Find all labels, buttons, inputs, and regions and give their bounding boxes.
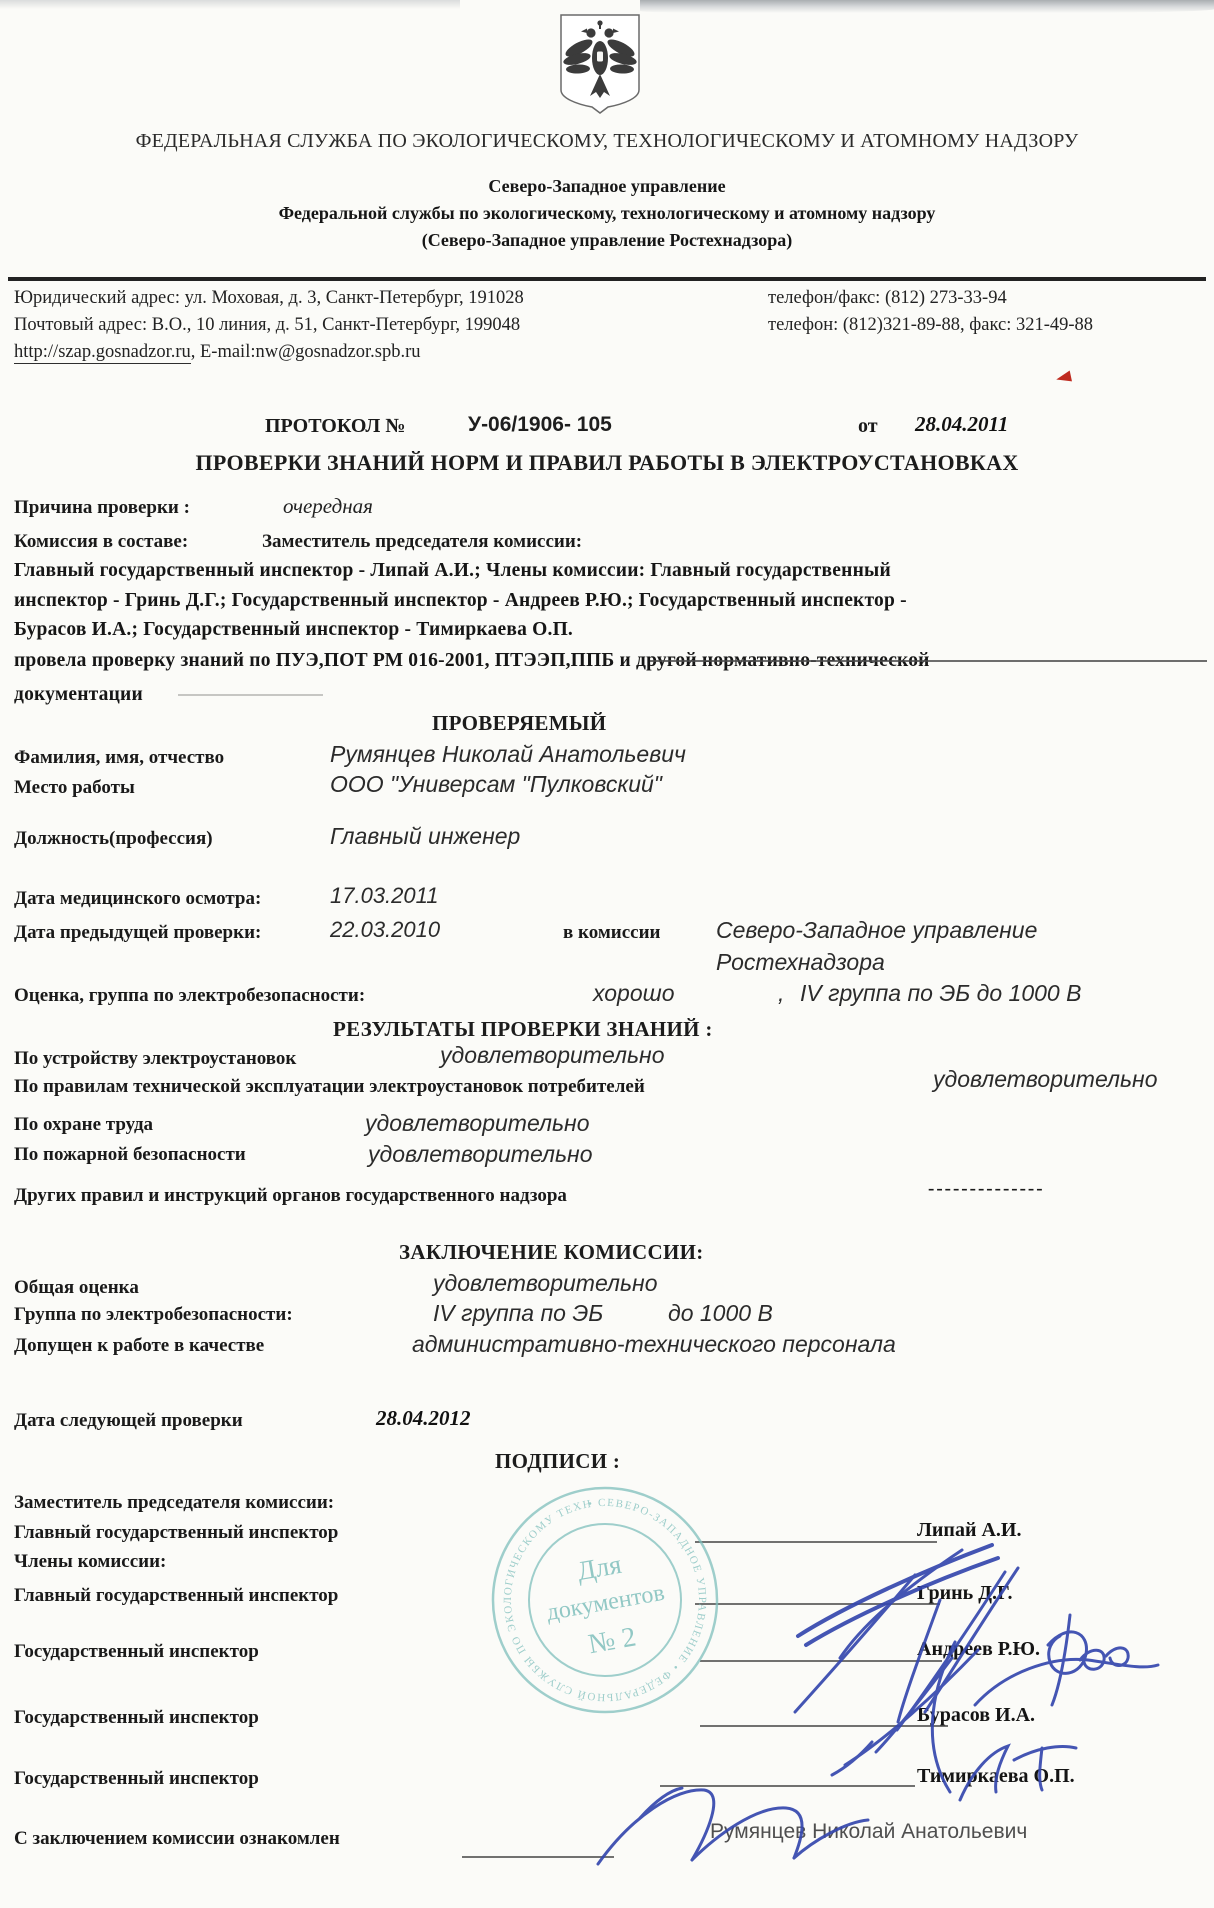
safety-group-label: Группа по электробезопасности: (14, 1304, 293, 1326)
round-stamp: • СЕВЕРО-ЗАПАДНОЕ УПРАВЛЕНИЕ • ФЕДЕРАЛЬН… (480, 1478, 740, 1738)
protocol-ot-label: от (858, 415, 878, 438)
scope-line-2: документации (14, 684, 143, 706)
grade-group-value: IV группа по ЭБ до 1000 В (800, 980, 1081, 1007)
signature-name: Андреев Р.Ю. (917, 1638, 1040, 1661)
in-commission-value-2: Ростехнадзора (716, 949, 885, 976)
signature-role: Государственный инспектор (14, 1768, 259, 1790)
stamp-center-line-3: № 2 (586, 1621, 638, 1660)
admitted-value: административно-технического персонала (412, 1331, 896, 1358)
result-row-label: По пожарной безопасности (14, 1144, 246, 1166)
scan-faint-line (178, 694, 323, 696)
admitted-label: Допущен к работе в качестве (14, 1335, 264, 1357)
department-line-1: Северо-Западное управление (0, 176, 1214, 197)
acknowledged-name: Румянцев Николай Анатольевич (710, 1820, 1027, 1844)
overall-grade-value: удовлетворительно (433, 1270, 658, 1297)
result-row-dashes: -------------- (928, 1178, 1045, 1200)
acknowledged-label: С заключением комиссии ознакомлен (14, 1828, 340, 1850)
result-row-label: По охране труда (14, 1114, 153, 1136)
protocol-number: У-06/1906- 105 (468, 413, 612, 437)
result-row-value: удовлетворительно (933, 1066, 1158, 1093)
workplace-label: Место работы (14, 777, 135, 799)
commission-line-3: Бурасов И.А.; Государственный инспектор … (14, 619, 573, 641)
reason-label: Причина проверки : (14, 497, 190, 519)
result-row-label: По устройству электроустановок (14, 1048, 296, 1070)
website-email-line: http://szap.gosnadzor.ru, E-mail:nw@gosn… (14, 342, 421, 363)
name-value: Румянцев Николай Анатольевич (330, 741, 686, 768)
protocol-title: ПРОВЕРКИ ЗНАНИЙ НОРМ И ПРАВИЛ РАБОТЫ В Э… (0, 450, 1214, 476)
result-row-label: По правилам технической эксплуатации эле… (14, 1076, 645, 1098)
commission-head: Заместитель председателя комиссии: (262, 531, 582, 553)
red-cursor-marker (1055, 371, 1072, 385)
signature-name: Тимиркаева О.П. (917, 1765, 1075, 1788)
header-divider (8, 277, 1206, 281)
department-line-3: (Северо-Западное управление Ростехнадзор… (0, 230, 1214, 251)
examinee-section-title: ПРОВЕРЯЕМЫЙ (432, 711, 606, 736)
position-label: Должность(профессия) (14, 828, 213, 850)
members-label: Члены комиссии: (14, 1551, 166, 1573)
result-row-label: Других правил и инструкций органов госуд… (14, 1185, 567, 1207)
signature-name: Гринь Д.Г. (917, 1582, 1012, 1605)
signature-line (660, 1785, 915, 1787)
legal-address: Юридический адрес: ул. Моховая, д. 3, Са… (14, 288, 524, 309)
medical-date-label: Дата медицинского осмотра: (14, 888, 261, 910)
previous-check-value: 22.03.2010 (330, 917, 440, 943)
grade-value: хорошо (593, 980, 675, 1007)
signature-role: Государственный инспектор (14, 1707, 259, 1729)
medical-date-value: 17.03.2011 (330, 883, 438, 909)
signature-name: Липай А.И. (917, 1519, 1021, 1542)
result-row-value: удовлетворительно (368, 1141, 593, 1168)
previous-check-label: Дата предыдущей проверки: (14, 922, 261, 944)
in-commission-label: в комиссии (563, 922, 661, 944)
email-text: , E-mail:nw@gosnadzor.spb.ru (191, 342, 421, 362)
deputy-head-label: Заместитель председателя комиссии: (14, 1492, 334, 1514)
russian-coat-of-arms-icon (558, 12, 642, 116)
stamp-center-line-1: Для (575, 1549, 624, 1586)
commission-line-2: инспектор - Гринь Д.Г.; Государственный … (14, 590, 907, 612)
grade-label: Оценка, группа по электробезопасности: (14, 985, 365, 1007)
scan-stray-line (650, 660, 1207, 662)
position-value: Главный инженер (330, 823, 520, 850)
postal-address: Почтовый адрес: В.О., 10 линия, д. 51, С… (14, 315, 520, 336)
website-text: http://szap.gosnadzor.ru (14, 342, 191, 364)
agency-title: ФЕДЕРАЛЬНАЯ СЛУЖБА ПО ЭКОЛОГИЧЕСКОМУ, ТЕ… (0, 130, 1214, 153)
conclusion-section-title: ЗАКЛЮЧЕНИЕ КОМИССИИ: (399, 1240, 704, 1265)
result-row-value: удовлетворительно (365, 1110, 590, 1137)
commission-label: Комиссия в составе: (14, 531, 188, 553)
next-check-value: 28.04.2012 (376, 1406, 471, 1431)
scanned-protocol-document: ФЕДЕРАЛЬНАЯ СЛУЖБА ПО ЭКОЛОГИЧЕСКОМУ, ТЕ… (0, 0, 1214, 1908)
commission-line-1: Главный государственный инспектор - Липа… (14, 560, 891, 582)
name-label: Фамилия, имя, отчество (14, 747, 224, 769)
signature-role: Главный государственный инспектор (14, 1522, 338, 1544)
phone-fax-line-2: телефон: (812)321-89-88, факс: 321-49-88 (768, 315, 1093, 336)
grade-comma: , (778, 980, 784, 1007)
reason-value: очередная (283, 494, 373, 519)
scan-artifact-top-right (640, 0, 1214, 13)
stamp-center-line-2: документов (544, 1580, 666, 1626)
protocol-date: 28.04.2011 (915, 412, 1008, 437)
signature-name: Бурасов И.А. (917, 1704, 1035, 1727)
overall-grade-label: Общая оценка (14, 1277, 139, 1299)
results-section-title: РЕЗУЛЬТАТЫ ПРОВЕРКИ ЗНАНИЙ : (333, 1017, 713, 1042)
next-check-label: Дата следующей проверки (14, 1410, 243, 1432)
signatures-section-title: ПОДПИСИ : (495, 1449, 620, 1474)
signature-role: Государственный инспектор (14, 1641, 259, 1663)
department-line-2: Федеральной службы по экологическому, те… (0, 203, 1214, 224)
signature-role: Главный государственный инспектор (14, 1585, 338, 1607)
in-commission-value-1: Северо-Западное управление (716, 917, 1037, 944)
acknowledged-signature-line (462, 1856, 614, 1858)
phone-fax-line: телефон/факс: (812) 273-33-94 (768, 288, 1007, 309)
safety-group-value: IV группа по ЭБ (433, 1300, 603, 1327)
safety-group-voltage: до 1000 В (668, 1300, 773, 1327)
workplace-value: ООО "Универсам "Пулковский" (330, 771, 662, 798)
result-row-value: удовлетворительно (440, 1042, 665, 1069)
scan-artifact-top-left (0, 0, 460, 9)
protocol-label: ПРОТОКОЛ № (265, 415, 405, 438)
